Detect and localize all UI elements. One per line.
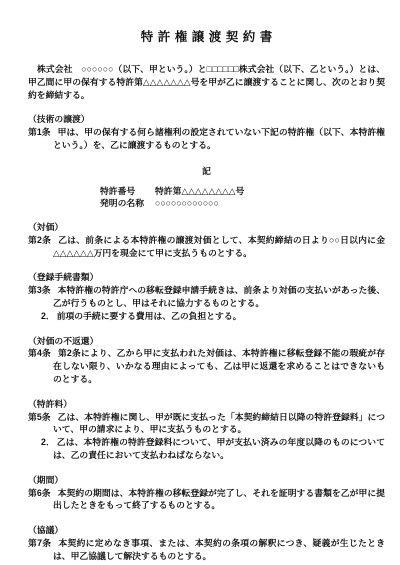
section-heading: （登録手続書類）	[28, 271, 385, 284]
clause-label: 第7条	[28, 538, 51, 548]
sub-clause: 2．前項の手続に要する費用は、乙の負担とする。	[28, 310, 385, 323]
clause-label: 第2条	[28, 235, 51, 245]
section-registration-documents: （登録手続書類） 第3条本特許権の特許庁への移転登録申請手続きは、前条より対価の…	[28, 271, 385, 322]
detail-label: 特許番号	[100, 185, 155, 197]
section-heading: （協議）	[28, 524, 385, 537]
clause-text: 本特許権の特許庁への移転登録申請手続きは、前条より対価の支払いがあった後、乙が行…	[53, 285, 385, 308]
detail-value: 特許第△△△△△△△△号	[155, 185, 385, 197]
clause-text: 第2条により、乙から甲に支払われた対価は、本特許権に移転登録不能の瑕疵が存在しな…	[53, 348, 385, 384]
patent-detail-row: 特許番号 特許第△△△△△△△△号	[100, 185, 385, 197]
clause-text: 本契約に定めなき事項、または、本契約の条項の解釈につき、疑義が生じたときは、甲乙…	[53, 538, 385, 561]
clause-label: 第4条	[28, 348, 51, 358]
patent-details: 特許番号 特許第△△△△△△△△号 発明の名称 ○○○○○○○○○○○○	[100, 185, 385, 209]
section-heading: （技術の譲渡）	[28, 113, 385, 126]
clause: 第4条第2条により、乙から甲に支払われた対価は、本特許権に移転登録不能の瑕疵が存…	[28, 347, 385, 385]
section-heading: （対価）	[28, 221, 385, 234]
clause-label: 第3条	[28, 285, 51, 295]
clause-text: 前項の手続に要する費用は、乙の負担とする。	[57, 311, 242, 321]
clause-label: 2．	[41, 437, 55, 447]
note-label: 記	[28, 165, 385, 178]
section-heading: （対価の不返還）	[28, 335, 385, 348]
detail-value: ○○○○○○○○○○○○	[155, 197, 385, 209]
clause-text: 乙は、本特許権の特許登録料について、甲が支払い済みの年度以降のものについては、乙…	[53, 437, 385, 460]
clause-text: 甲は、甲の保有する何ら諸権利の設定されていない下記の特許権（以下、本特許権という…	[53, 127, 385, 150]
document-title: 特許権譲渡契約書	[28, 30, 385, 44]
detail-label: 発明の名称	[100, 197, 155, 209]
patent-detail-row: 発明の名称 ○○○○○○○○○○○○	[100, 197, 385, 209]
section-consultation: （協議） 第7条本契約に定めなき事項、または、本契約の条項の解釈につき、疑義が生…	[28, 524, 385, 562]
clause-label: 第6条	[28, 488, 51, 498]
preamble-paragraph: 株式会社 ○○○○○○（以下、甲という。）と□□□□□□株式会社（以下、乙という…	[28, 63, 385, 101]
clause-text: 乙は、前条による本特許権の譲渡対価として、本契約締結の日より○○日以内に金△△△…	[53, 235, 385, 258]
section-technology-transfer: （技術の譲渡） 第1条甲は、甲の保有する何ら諸権利の設定されていない下記の特許権…	[28, 113, 385, 151]
clause: 第5条乙は、本特許権に関し、甲が既に支払った「本契約締結日以降の特許登録料」につ…	[28, 411, 385, 437]
section-heading: （期間）	[28, 474, 385, 487]
section-consideration: （対価） 第2条乙は、前条による本特許権の譲渡対価として、本契約締結の日より○○…	[28, 221, 385, 259]
section-heading: （特許料）	[28, 398, 385, 411]
clause-label: 2．	[41, 311, 55, 321]
clause-text: 乙は、本特許権に関し、甲が既に支払った「本契約締結日以降の特許登録料」について、…	[53, 412, 385, 435]
clause: 第7条本契約に定めなき事項、または、本契約の条項の解釈につき、疑義が生じたときは…	[28, 537, 385, 563]
clause-label: 第1条	[28, 127, 51, 137]
document-page: 特許権譲渡契約書 株式会社 ○○○○○○（以下、甲という。）と□□□□□□株式会…	[0, 0, 400, 565]
sub-clause: 2．乙は、本特許権の特許登録料について、甲が支払い済みの年度以降のものについては…	[28, 436, 385, 462]
section-non-refund: （対価の不返還） 第4条第2条により、乙から甲に支払われた対価は、本特許権に移転…	[28, 335, 385, 386]
clause: 第6条本契約の期間は、本特許権の移転登録が完了し、それを証明する書類を乙が甲に提…	[28, 487, 385, 513]
clause: 第2条乙は、前条による本特許権の譲渡対価として、本契約締結の日より○○日以内に金…	[28, 234, 385, 260]
clause: 第1条甲は、甲の保有する何ら諸権利の設定されていない下記の特許権（以下、本特許権…	[28, 126, 385, 152]
section-term: （期間） 第6条本契約の期間は、本特許権の移転登録が完了し、それを証明する書類を…	[28, 474, 385, 512]
note-block: 記 特許番号 特許第△△△△△△△△号 発明の名称 ○○○○○○○○○○○○	[28, 165, 385, 209]
section-patent-fees: （特許料） 第5条乙は、本特許権に関し、甲が既に支払った「本契約締結日以降の特許…	[28, 398, 385, 462]
clause-text: 本契約の期間は、本特許権の移転登録が完了し、それを証明する書類を乙が甲に提出した…	[53, 488, 385, 511]
clause: 第3条本特許権の特許庁への移転登録申請手続きは、前条より対価の支払いがあった後、…	[28, 284, 385, 310]
clause-label: 第5条	[28, 412, 51, 422]
